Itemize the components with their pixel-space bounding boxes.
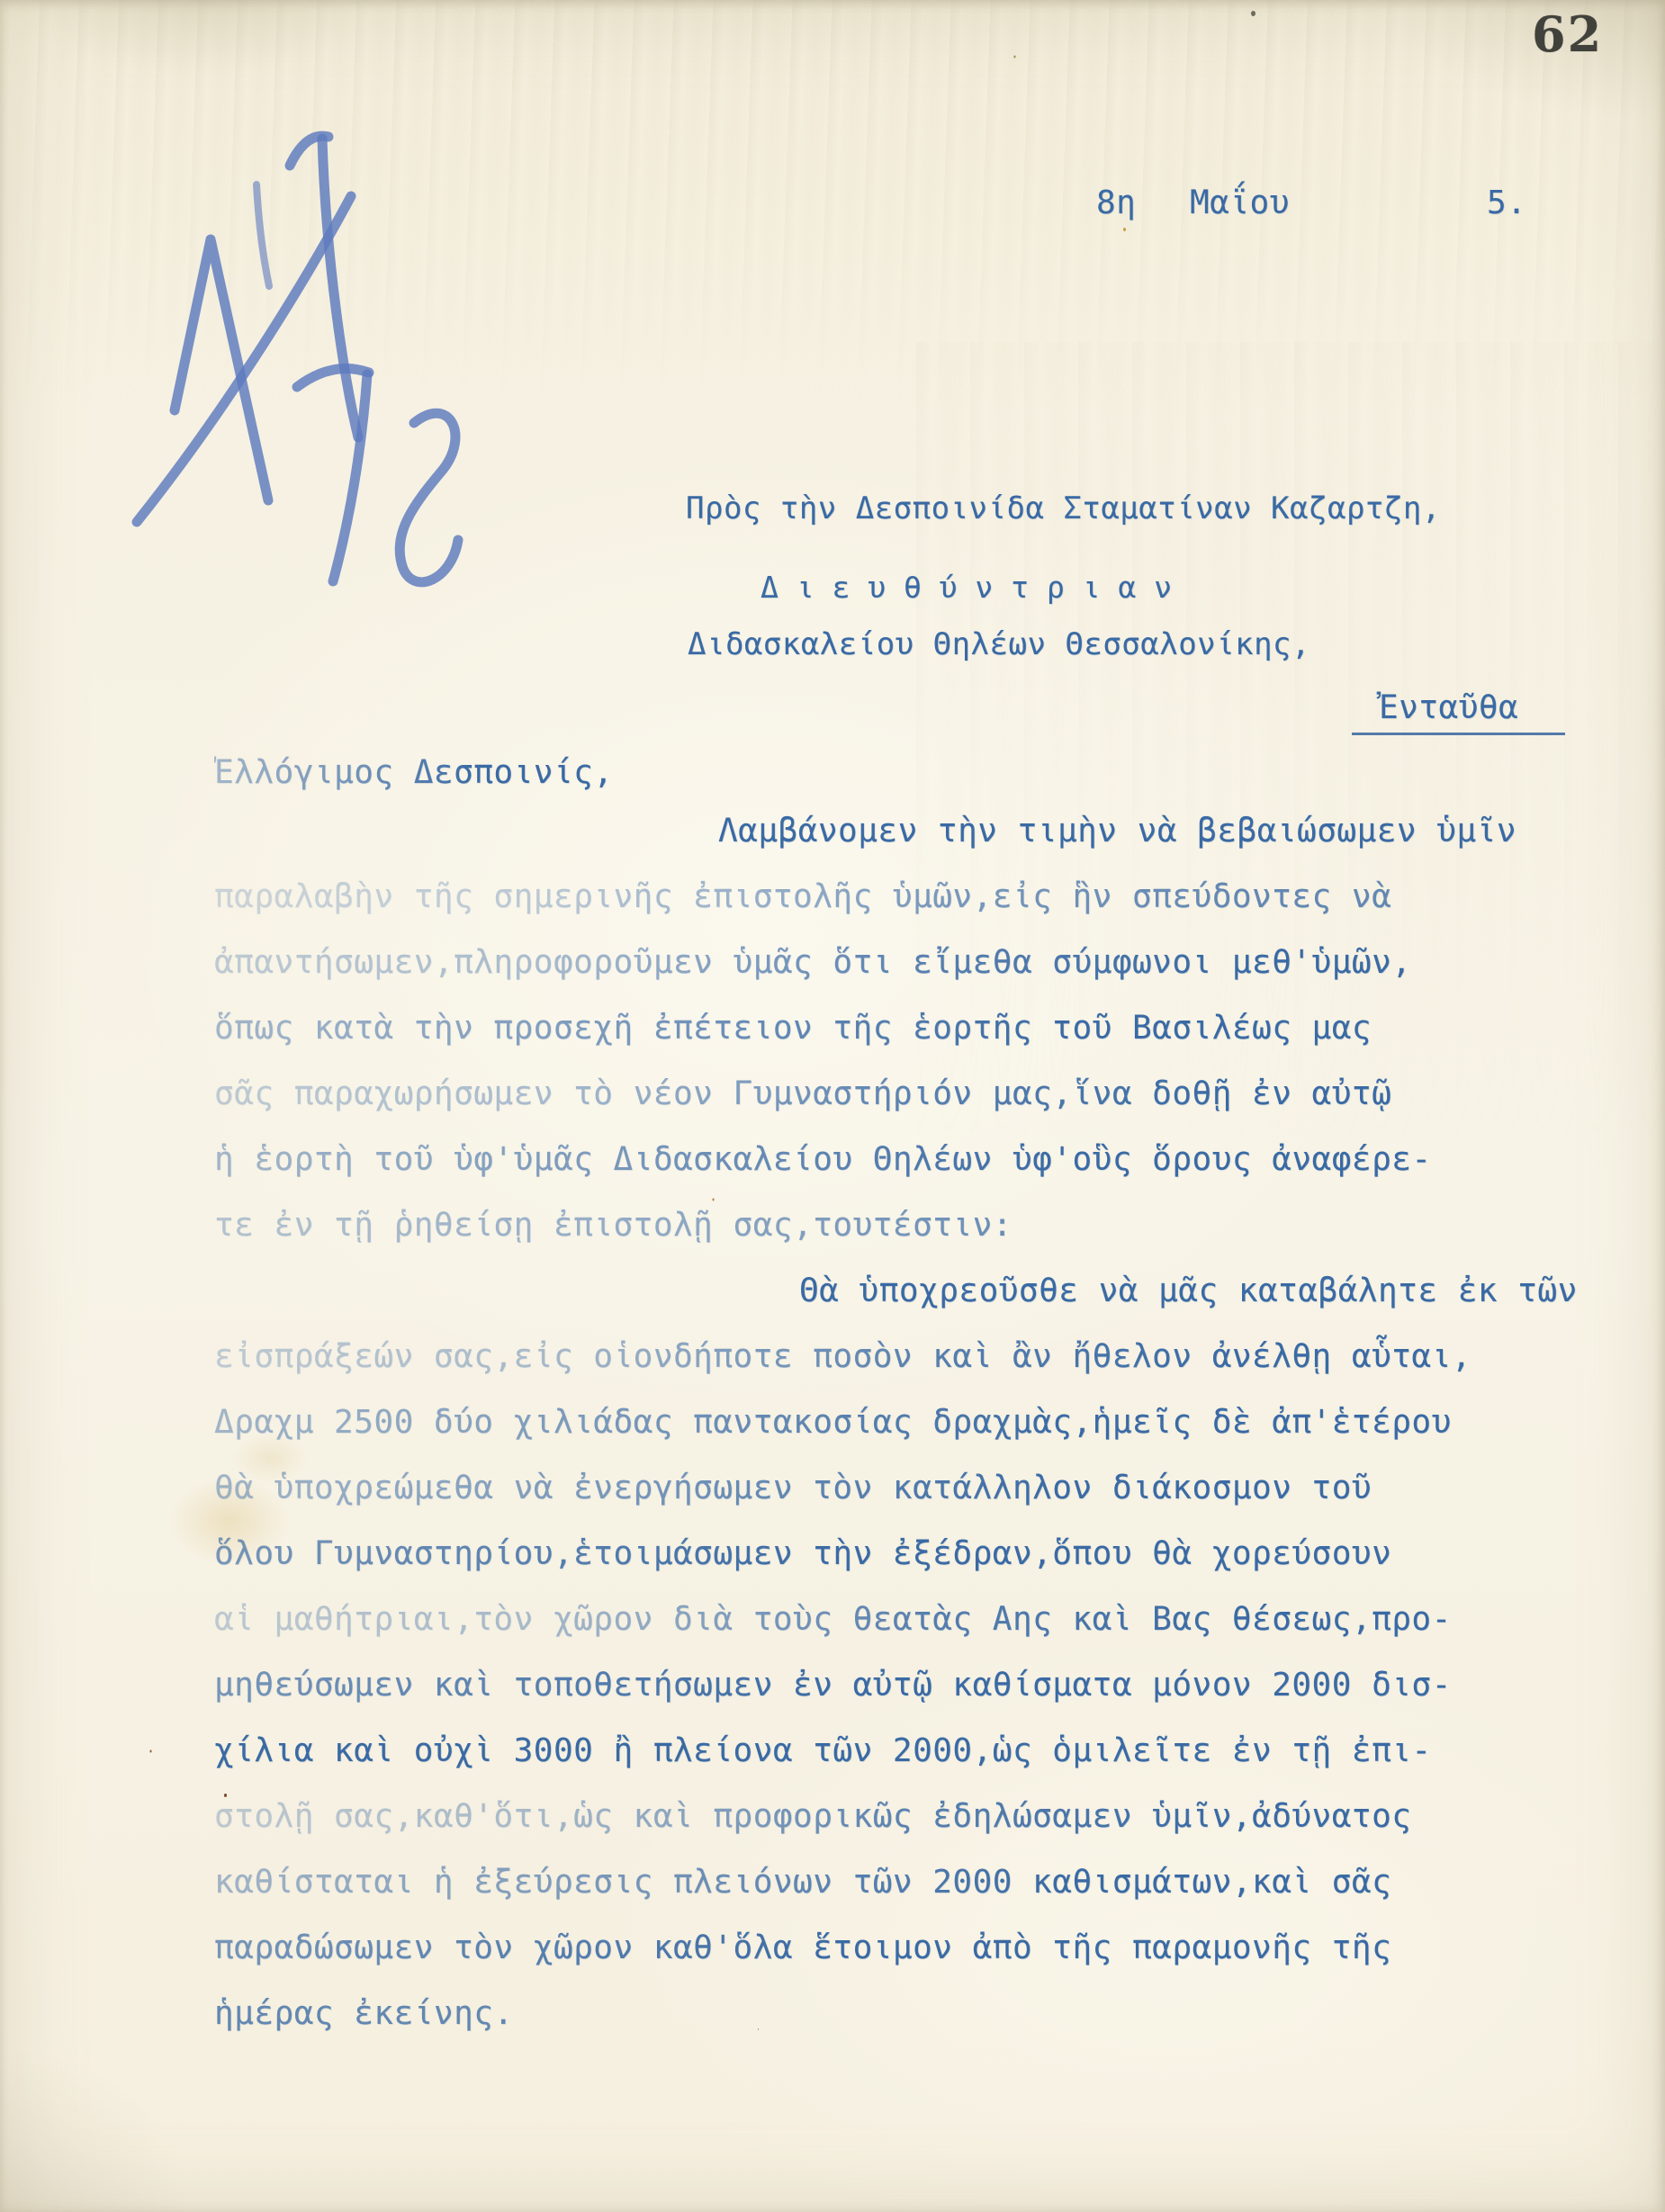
body-line: χίλια καὶ οὐχὶ 3000 ἢ πλείονα τῶν 2000,ὡ…	[214, 1718, 1510, 1784]
body-line: τε ἐν τῇ ῥηθείσῃ ἐπιστολῇ σας,τουτέστιν:	[214, 1192, 1510, 1258]
paper-speck	[1251, 11, 1255, 16]
scanned-letter-page: 62 8η Μαΐου 5. Πρὸς τὴν Δεσποινίδα Σταμα…	[0, 0, 1665, 2212]
body-line: Θὰ ὑποχρεοῦσθε νὰ μᾶς καταβάλητε ἐκ τῶν	[214, 1258, 1510, 1324]
body-line: Δραχμ 2500 δύο χιλιάδας παντακοσίας δραχ…	[214, 1389, 1510, 1455]
body-line: παραλαβὴν τῆς σημερινῆς ἐπιστολῆς ὑμῶν,ε…	[214, 864, 1510, 930]
body-line: Λαμβάνομεν τὴν τιμὴν νὰ βεβαιώσωμεν ὑμῖν	[214, 798, 1510, 864]
body-line: ὅλου Γυμναστηρίου,ἑτοιμάσωμεν τὴν ἐξέδρα…	[214, 1521, 1510, 1587]
body-line: ἡμέρας ἐκείνης.	[214, 1981, 1510, 2046]
date-year: 5.	[1487, 184, 1526, 221]
body-line: ὅπως κατὰ τὴν προσεχῆ ἐπέτειον τῆς ἑορτῆ…	[214, 995, 1510, 1061]
pencil-stroke-digit-7b-bar	[297, 369, 369, 387]
pencil-stroke-digit-8	[400, 413, 458, 582]
body-line: ἡ ἑορτὴ τοῦ ὑφ'ὑμᾶς Διδασκαλείου Θηλέων …	[214, 1127, 1510, 1192]
date-month: Μαΐου	[1190, 184, 1290, 221]
pencil-stroke-digit-7-stem	[322, 139, 358, 437]
recipient-line-title: Δ ι ε υ θ ύ ν τ ρ ι α ν	[760, 570, 1172, 605]
body-line: παραδώσωμεν τὸν χῶρον καθ'ὅλα ἕτοιμον ἀπ…	[214, 1915, 1510, 1981]
recipient-line-name: Πρὸς τὴν Δεσποινίδα Σταματίναν Καζαρτζη,	[686, 490, 1441, 526]
body-line: αἱ μαθήτριαι,τὸν χῶρον διὰ τοὺς θεατὰς Α…	[214, 1587, 1510, 1652]
letter-body: Λαμβάνομεν τὴν τιμὴν νὰ βεβαιώσωμεν ὑμῖν…	[214, 798, 1510, 2046]
salutation: Ἐλλόγιμος Δεσποινίς,	[214, 754, 613, 791]
recipient-location-underlined: Ἐνταῦθα	[1352, 689, 1565, 735]
body-line: θὰ ὑποχρεώμεθα νὰ ἐνεργήσωμεν τὸν κατάλλ…	[214, 1455, 1510, 1521]
recipient-line-school: Διδασκαλείου Θηλέων Θεσσαλονίκης,	[688, 626, 1310, 662]
pencil-stroke-fraction-slash	[137, 196, 351, 522]
date-line: 8η Μαΐου 5.	[0, 184, 1665, 229]
body-line: μηθεύσωμεν καὶ τοποθετήσωμεν ἐν αὐτῷ καθ…	[214, 1652, 1510, 1718]
body-line: στολῇ σας,καθ'ὅτι,ὡς καὶ προφορικῶς ἐδηλ…	[214, 1784, 1510, 1849]
page-number: 62	[1532, 5, 1603, 63]
body-line: σᾶς παραχωρήσωμεν τὸ νέον Γυμναστήριόν μ…	[214, 1061, 1510, 1127]
body-line: εἰσπράξεών σας,εἰς οἱονδήποτε ποσὸν καὶ …	[214, 1324, 1510, 1389]
body-line: ἀπαντήσωμεν,πληροφοροῦμεν ὑμᾶς ὅτι εἴμεθ…	[214, 930, 1510, 995]
date-day: 8η	[1096, 184, 1136, 221]
body-line: καθίσταται ἡ ἐξεύρεσις πλειόνων τῶν 2000…	[214, 1849, 1510, 1915]
